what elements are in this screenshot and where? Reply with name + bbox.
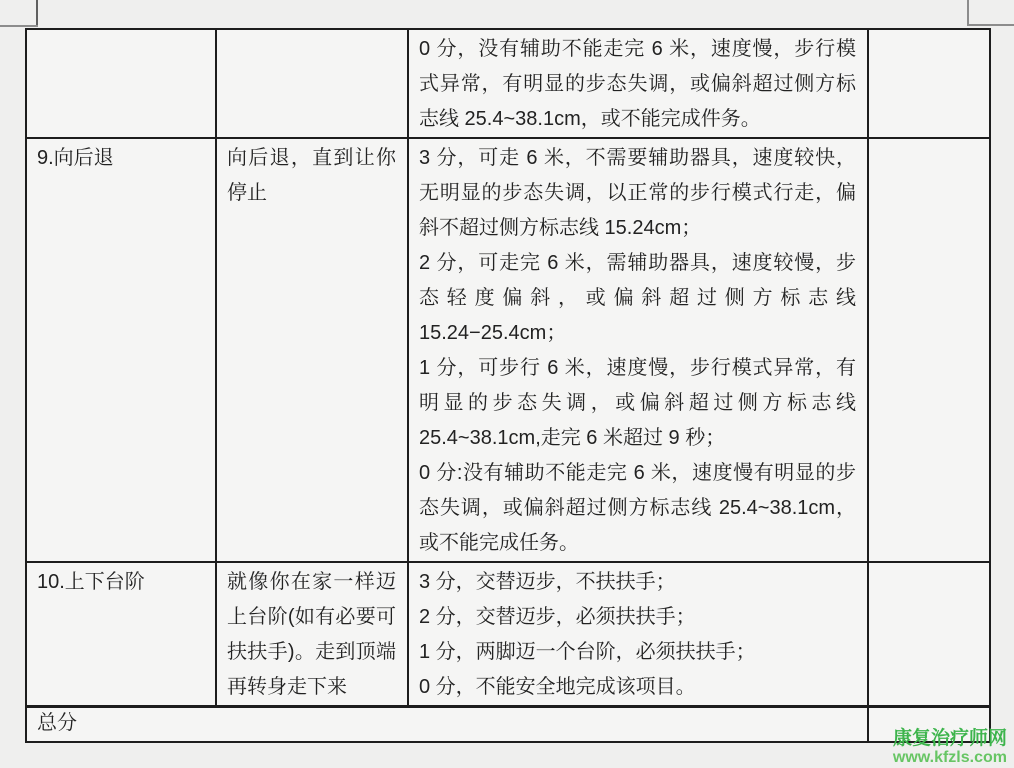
table-row-continued: 0 分，没有辅助不能走完 6 米，速度慢，步行模式异常，有明显的步态失调，或偏斜…	[26, 29, 990, 138]
prev-page-edge-right-vertical	[967, 0, 969, 25]
criteria-cell: 0 分，没有辅助不能走完 6 米，速度慢，步行模式异常，有明显的步态失调，或偏斜…	[408, 29, 868, 138]
prev-page-edge-left-vertical	[36, 0, 38, 27]
site-watermark: 康复治疗师网 www.kfzls.com	[893, 728, 1007, 767]
criteria-paragraph: 3 分，可走 6 米，不需要辅助器具，速度较快，无明显的步态失调，以正常的步行模…	[419, 141, 856, 246]
criteria-paragraph: 2 分，交替迈步，必须扶扶手；	[419, 600, 856, 635]
score-cell	[868, 29, 990, 138]
item-cell	[26, 29, 216, 138]
score-cell	[868, 138, 990, 562]
criteria-paragraph: 0 分，不能安全地完成该项目。	[419, 670, 856, 705]
prev-page-edge-right-horizontal	[967, 24, 1014, 26]
prev-page-edge-left-horizontal	[0, 25, 38, 27]
criteria-paragraph: 1 分，可步行 6 米，速度慢，步行模式异常，有明显的步态失调，或偏斜超过侧方标…	[419, 351, 856, 456]
criteria-cell: 3 分，交替迈步，不扶扶手； 2 分，交替迈步，必须扶扶手； 1 分，两脚迈一个…	[408, 562, 868, 707]
criteria-paragraph: 0 分:没有辅助不能走完 6 米，速度慢有明显的步态失调，或偏斜超过侧方标志线 …	[419, 456, 856, 561]
watermark-site-name: 康复治疗师网	[893, 728, 1007, 749]
criteria-paragraph: 0 分，没有辅助不能走完 6 米，速度慢，步行模式异常，有明显的步态失调，或偏斜…	[419, 32, 856, 137]
table-row-item-10: 10.上下台阶 就像你在家一样迈上台阶(如有必要可扶扶手)。走到顶端再转身走下来…	[26, 562, 990, 707]
instruction-cell	[216, 29, 408, 138]
criteria-paragraph: 3 分，交替迈步，不扶扶手；	[419, 565, 856, 600]
table-row-total: 总分	[26, 707, 990, 742]
watermark-site-url: www.kfzls.com	[893, 749, 1007, 767]
criteria-paragraph: 1 分，两脚迈一个台阶，必须扶扶手；	[419, 635, 856, 670]
item-cell: 9.向后退	[26, 138, 216, 562]
criteria-paragraph: 2 分，可走完 6 米，需辅助器具，速度较慢，步态轻度偏斜，或偏斜超过侧方标志线…	[419, 246, 856, 351]
document-page: 0 分，没有辅助不能走完 6 米，速度慢，步行模式异常，有明显的步态失调，或偏斜…	[0, 0, 1014, 768]
criteria-cell: 3 分，可走 6 米，不需要辅助器具，速度较快，无明显的步态失调，以正常的步行模…	[408, 138, 868, 562]
instruction-cell: 向后退，直到让你停止	[216, 138, 408, 562]
item-cell: 10.上下台阶	[26, 562, 216, 707]
score-cell	[868, 562, 990, 707]
table-row-item-9: 9.向后退 向后退，直到让你停止 3 分，可走 6 米，不需要辅助器具，速度较快…	[26, 138, 990, 562]
instruction-cell: 就像你在家一样迈上台阶(如有必要可扶扶手)。走到顶端再转身走下来	[216, 562, 408, 707]
assessment-table: 0 分，没有辅助不能走完 6 米，速度慢，步行模式异常，有明显的步态失调，或偏斜…	[25, 28, 991, 743]
total-label-cell: 总分	[26, 707, 868, 742]
